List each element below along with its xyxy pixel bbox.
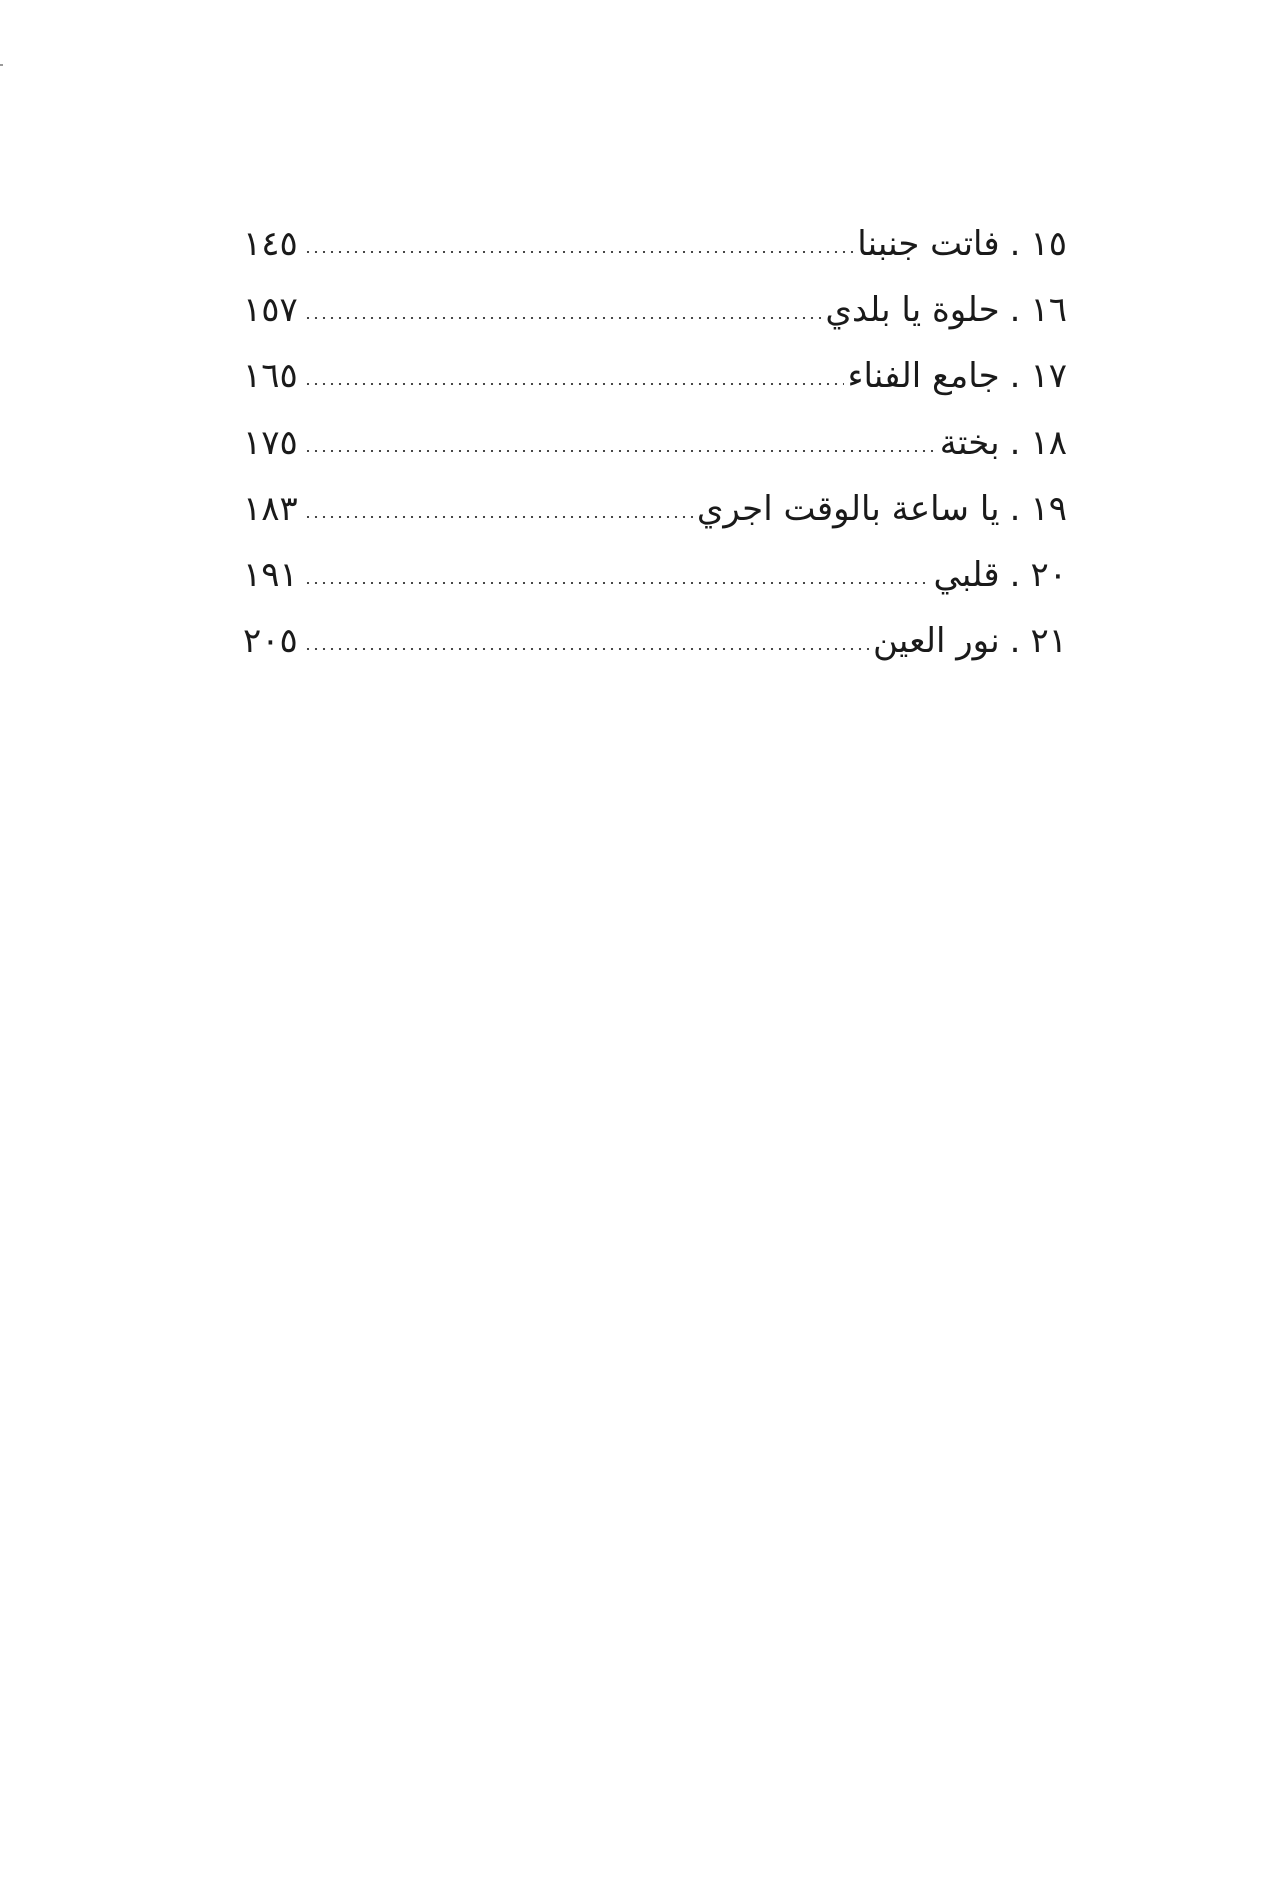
toc-entry-page[interactable]: ١٩١: [243, 553, 298, 597]
toc-entry[interactable]: ١٧ . جامع الفناء ١٦٥: [243, 354, 1067, 420]
toc-entry-title[interactable]: حلوة يا بلدي: [825, 288, 999, 332]
page-edge-mark: [0, 64, 3, 66]
toc-entry-title[interactable]: فاتت جنبنا: [857, 222, 999, 266]
toc-entry-separator: .: [1000, 222, 1031, 266]
dot-leader: [304, 251, 853, 253]
toc-entry[interactable]: ١٦ . حلوة يا بلدي ١٥٧: [243, 288, 1067, 354]
table-of-contents: ١٥ . فاتت جنبنا ١٤٥ ١٦ . حلوة يا بلدي ١٥…: [243, 222, 1067, 685]
toc-entry-page[interactable]: ١٦٥: [243, 354, 298, 398]
toc-entry-title[interactable]: يا ساعة بالوقت اجري: [697, 487, 1000, 531]
toc-entry-page[interactable]: ٢٠٥: [243, 619, 298, 663]
toc-entry-title[interactable]: قلبي: [934, 553, 1000, 597]
toc-entry[interactable]: ١٥ . فاتت جنبنا ١٤٥: [243, 222, 1067, 288]
dot-leader: [304, 648, 869, 650]
toc-entry-page[interactable]: ١٧٥: [243, 421, 298, 465]
toc-entry-number: ١٧: [1030, 354, 1067, 398]
toc-entry-page[interactable]: ١٨٣: [243, 487, 298, 531]
toc-entry-separator: .: [1000, 619, 1031, 663]
toc-entry-title[interactable]: بختة: [940, 421, 1000, 465]
toc-entry-title[interactable]: جامع الفناء: [848, 354, 1000, 398]
dot-leader: [304, 450, 936, 452]
dot-leader: [304, 582, 930, 584]
toc-entry-title[interactable]: نور العين: [873, 619, 1000, 663]
toc-entry-separator: .: [1000, 288, 1031, 332]
dot-leader: [304, 317, 822, 319]
toc-entry[interactable]: ١٨ . بختة ١٧٥: [243, 421, 1067, 487]
toc-entry-number: ١٩: [1030, 487, 1067, 531]
toc-entry-separator: .: [1000, 487, 1031, 531]
toc-entry-separator: .: [1000, 553, 1031, 597]
toc-entry-separator: .: [1000, 354, 1031, 398]
dot-leader: [304, 516, 693, 518]
toc-entry-number: ٢١: [1030, 619, 1067, 663]
dot-leader: [304, 383, 844, 385]
toc-entry-number: ١٥: [1030, 222, 1067, 266]
toc-entry-number: ١٨: [1030, 421, 1067, 465]
toc-entry-page[interactable]: ١٥٧: [243, 288, 298, 332]
toc-entry-page[interactable]: ١٤٥: [243, 222, 298, 266]
toc-entry-number: ١٦: [1030, 288, 1067, 332]
toc-entry[interactable]: ٢٠ . قلبي ١٩١: [243, 553, 1067, 619]
toc-entry[interactable]: ١٩ . يا ساعة بالوقت اجري ١٨٣: [243, 487, 1067, 553]
toc-entry-separator: .: [1000, 421, 1031, 465]
toc-entry-number: ٢٠: [1030, 553, 1067, 597]
toc-entry[interactable]: ٢١ . نور العين ٢٠٥: [243, 619, 1067, 685]
